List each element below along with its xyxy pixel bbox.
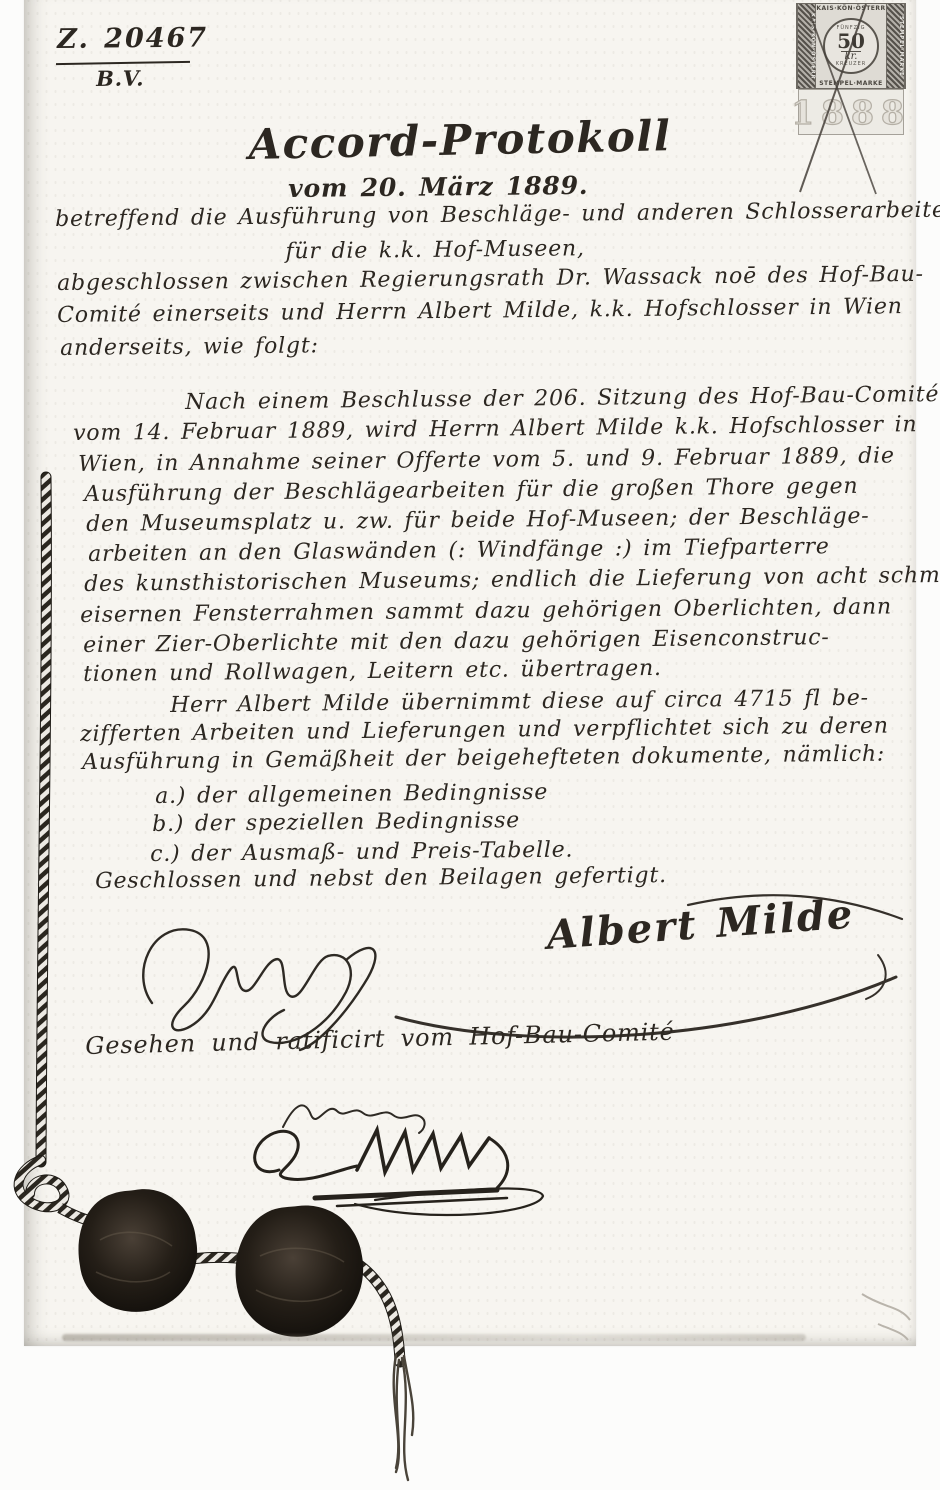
document-title: Accord-Protokoll bbox=[248, 111, 672, 169]
tear-line bbox=[862, 1294, 910, 1340]
wax-seal-2 bbox=[236, 1206, 364, 1337]
signature-stroke bbox=[489, 1138, 508, 1188]
flourish-upper bbox=[688, 895, 902, 919]
intro-line: anderseits, wie folgt: bbox=[60, 333, 319, 361]
wax-seal-1 bbox=[78, 1189, 197, 1312]
cancellation-stroke bbox=[810, 14, 876, 194]
page-bottom-edge-shadow bbox=[62, 1334, 806, 1341]
reference-office: B.V. bbox=[96, 65, 144, 91]
cancellation-stroke bbox=[800, 4, 866, 192]
seal-wax bbox=[78, 1189, 197, 1312]
document-date: vom 20. März 1889. bbox=[288, 171, 588, 203]
scan-background: { "reference": { "number": "Z. 20467", "… bbox=[0, 0, 940, 1490]
seal-wax bbox=[236, 1206, 364, 1337]
intro-line: für die k.k. Hof-Museen, bbox=[225, 236, 645, 265]
cord-vertical bbox=[41, 477, 46, 1162]
flourish-tail bbox=[866, 955, 886, 999]
reference-number: Z. 20467 bbox=[57, 22, 208, 55]
cord-tassel bbox=[394, 1355, 414, 1480]
pen-cancellation-strokes bbox=[770, 0, 930, 200]
paper-tear bbox=[848, 1280, 918, 1350]
